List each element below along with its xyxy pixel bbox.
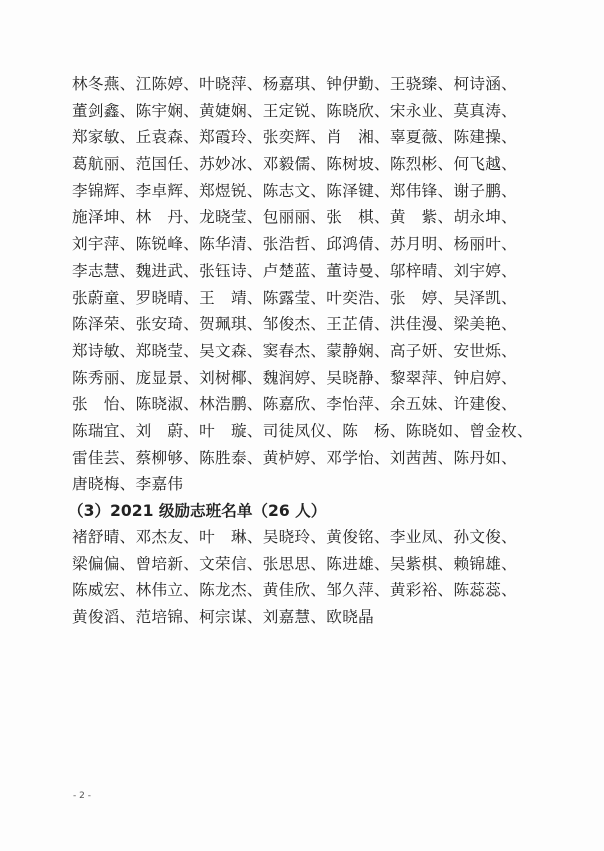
name-row: 唐晓梅、李嘉伟: [72, 471, 542, 498]
name-row: 葛航丽、范国任、苏妙冰、邓毅儒、陈树坡、陈烈彬、何飞越、: [72, 151, 542, 178]
name-row: 张 怡、陈晓淑、林浩鹏、陈嘉欣、李怡萍、余五妹、许建俊、: [72, 391, 542, 418]
name-list-section-2: 林冬燕、江陈婷、叶晓萍、杨嘉琪、钟伊勤、王骁臻、柯诗涵、 董剑鑫、陈宇娴、黄婕娴…: [72, 71, 542, 498]
name-row: 林冬燕、江陈婷、叶晓萍、杨嘉琪、钟伊勤、王骁臻、柯诗涵、: [72, 71, 542, 98]
document-body: 林冬燕、江陈婷、叶晓萍、杨嘉琪、钟伊勤、王骁臻、柯诗涵、 董剑鑫、陈宇娴、黄婕娴…: [72, 71, 542, 631]
name-row: 黄俊滔、范培锦、柯宗谋、刘嘉慧、欧晓晶: [72, 604, 542, 631]
name-row: 郑诗敏、郑晓莹、吴文森、窦春杰、蒙静娴、高子妍、安世烁、: [72, 338, 542, 365]
name-row: 郑家敏、丘袁森、郑霞玲、张奕辉、肖 湘、辜夏薇、陈建操、: [72, 124, 542, 151]
name-row: 陈秀丽、庞显景、刘树椰、魏润婷、吴晓静、黎翠萍、钟启婷、: [72, 365, 542, 392]
section-heading: （3）2021 级励志班名单（26 人）: [68, 498, 542, 524]
page-number: - 2 -: [73, 791, 91, 801]
name-row: 梁偏偏、曾培新、文荣信、张思思、陈进雄、吴紫棋、赖锦雄、: [72, 551, 542, 578]
name-row: 张蔚童、罗晓晴、王 靖、陈露莹、叶奕浩、张 婷、吴泽凯、: [72, 285, 542, 312]
name-row: 雷佳芸、蔡柳够、陈胜泰、黄栌婷、邓学怡、刘茜茜、陈丹如、: [72, 445, 542, 472]
name-row: 陈威宏、林伟立、陈龙杰、黄佳欣、邹久萍、黄彩裕、陈蕊蕊、: [72, 577, 542, 604]
name-row: 李锦辉、李卓辉、郑煜锐、陈志文、陈泽键、郑伟锋、谢子鹏、: [72, 178, 542, 205]
name-row: 施泽坤、林 丹、龙晓莹、包丽丽、张 棋、黄 紫、胡永坤、: [72, 204, 542, 231]
name-row: 褚舒晴、邓杰友、叶 琳、吴晓玲、黄俊铭、李业凤、孙文俊、: [72, 524, 542, 551]
name-row: 陈瑞宜、刘 蔚、叶 璇、司徒凤仪、陈 杨、陈晓如、曾金枚、: [72, 418, 542, 445]
name-row: 刘宇萍、陈锐峰、陈华清、张浩哲、邱鸿倩、苏月明、杨丽叶、: [72, 231, 542, 258]
name-row: 李志慧、魏进武、张钰诗、卢楚蓝、董诗曼、邬梓晴、刘宇婷、: [72, 258, 542, 285]
document-page: 林冬燕、江陈婷、叶晓萍、杨嘉琪、钟伊勤、王骁臻、柯诗涵、 董剑鑫、陈宇娴、黄婕娴…: [0, 0, 604, 851]
name-list-section-3: 褚舒晴、邓杰友、叶 琳、吴晓玲、黄俊铭、李业凤、孙文俊、 梁偏偏、曾培新、文荣信…: [72, 524, 542, 631]
name-row: 董剑鑫、陈宇娴、黄婕娴、王定锐、陈晓欣、宋永业、莫真涛、: [72, 98, 542, 125]
name-row: 陈泽荣、张安琦、贺珮琪、邹俊杰、王芷倩、洪佳漫、梁美艳、: [72, 311, 542, 338]
